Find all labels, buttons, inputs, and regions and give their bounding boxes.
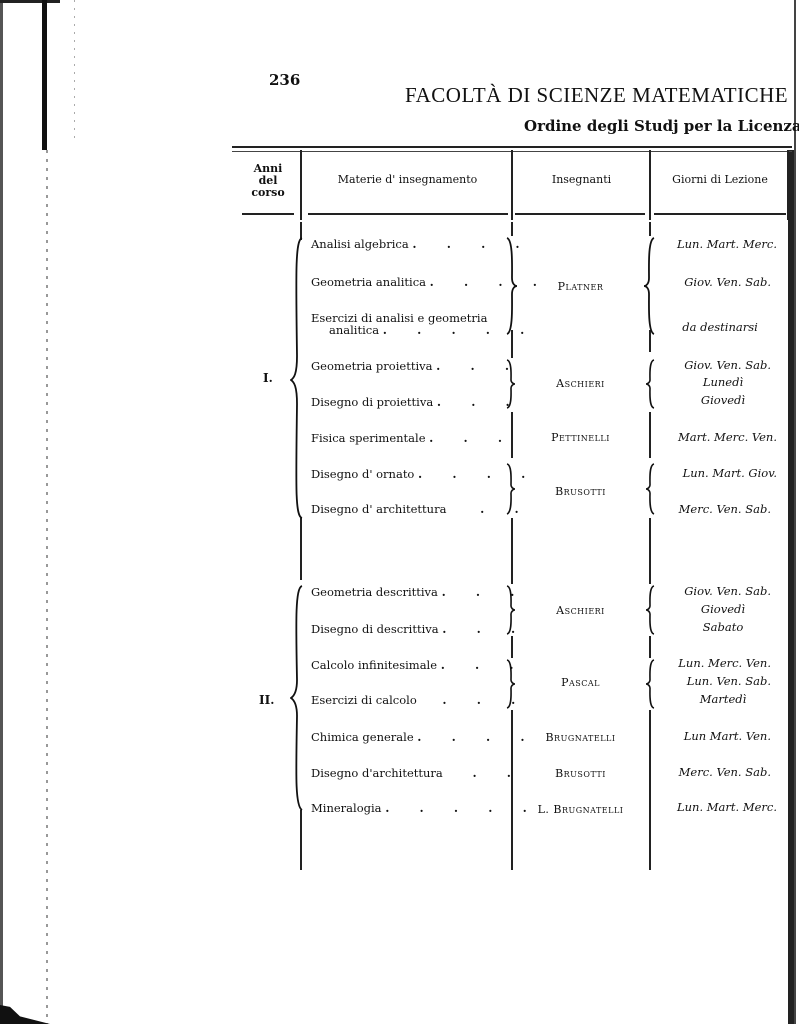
lesson-days: Mart. Merc. Ven. xyxy=(678,430,777,444)
column-divider xyxy=(511,222,513,236)
subject-name: Disegno di descrittiva xyxy=(311,622,439,636)
subject-item: Disegno di descrittiva . . . xyxy=(311,622,528,636)
lesson-days: Sabato xyxy=(656,620,790,634)
teacher-name: Brusotti xyxy=(514,767,647,780)
subject-item: Disegno d' architettura . . xyxy=(311,502,532,516)
lesson-days: Martedì xyxy=(656,692,790,706)
lesson-days: Lun. Ven. Sab. xyxy=(687,674,771,688)
header-insegnanti: Insegnanti xyxy=(515,173,648,186)
subject-name: Analisi algebrica xyxy=(311,237,409,251)
teacher-name: Platner xyxy=(514,280,647,293)
page-fold-shadow xyxy=(42,0,47,150)
column-divider xyxy=(649,412,651,458)
subject-name: Disegno d' architettura xyxy=(311,502,446,516)
teacher-name: Aschieri xyxy=(514,604,647,617)
subject-item: Geometria proiettiva . . . xyxy=(311,359,522,373)
page-edge-shadow xyxy=(0,0,3,1024)
subject-name: Geometria analitica xyxy=(311,275,426,289)
page-subtitle: Ordine degli Studj per la Licenza xyxy=(524,117,799,135)
subject-name: Geometria descrittiva xyxy=(311,585,438,599)
page-fold-shadow xyxy=(46,150,48,1024)
lesson-days: Lun Mart. Ven. xyxy=(684,729,771,743)
page-edge-shadow xyxy=(0,0,60,3)
header-giorni: Giorni di Lezione xyxy=(653,173,787,186)
column-divider xyxy=(300,810,302,870)
header-rule xyxy=(308,213,508,215)
subject-name: Disegno d'architettura xyxy=(311,766,443,780)
page-edge-shadow xyxy=(794,0,796,1024)
column-divider xyxy=(649,222,651,236)
left-brace-icon xyxy=(644,658,656,710)
subject-name: Disegno d' ornato xyxy=(311,467,414,481)
lesson-days: Lunedì xyxy=(656,375,790,389)
page-edge-shadow xyxy=(0,1005,50,1024)
lesson-days: Lun. Mart. Giov. xyxy=(683,466,777,480)
subject-item: Disegno d'architettura . . xyxy=(311,766,524,780)
header-rule xyxy=(242,213,294,215)
teacher-name: Brugnatelli xyxy=(514,731,647,744)
lesson-days: Giov. Ven. Sab. xyxy=(684,358,771,372)
column-divider xyxy=(649,518,651,584)
column-divider xyxy=(300,150,302,220)
header-anni-del-corso: Anni del corso xyxy=(238,163,298,199)
subject-name: Mineralogia xyxy=(311,801,382,815)
subject-name: Chimica generale xyxy=(311,730,414,744)
header-materie: Materie d' insegnamento xyxy=(305,173,510,186)
subject-name: Disegno di proiettiva xyxy=(311,395,433,409)
lesson-days: da destinarsi xyxy=(653,320,787,334)
lesson-days: Merc. Ven. Sab. xyxy=(679,765,771,779)
page-number: 236 xyxy=(269,71,300,89)
subject-item: Geometria descrittiva . . . xyxy=(311,585,527,599)
lesson-days: Lun. Merc. Ven. xyxy=(678,656,771,670)
left-brace-icon xyxy=(644,462,656,516)
subject-name: analitica xyxy=(329,323,379,337)
header-rule xyxy=(654,213,786,215)
teacher-name: Brusotti xyxy=(514,485,647,498)
teacher-name: L. Brugnatelli xyxy=(514,803,647,816)
year-brace-icon xyxy=(290,236,304,520)
teacher-name: Pettinelli xyxy=(514,431,647,444)
leader-dots: . . . xyxy=(429,431,515,445)
teacher-name: Pascal xyxy=(514,676,647,689)
subject-name: Esercizi di calcolo xyxy=(311,693,417,707)
year-label: I. xyxy=(263,371,273,385)
subject-item: Mineralogia . . . . . xyxy=(311,801,540,815)
page-title: FACOLTÀ DI SCIENZE MATEMATICHE xyxy=(405,83,788,108)
column-divider xyxy=(511,636,513,658)
subject-name: Fisica sperimentale xyxy=(311,431,426,445)
column-divider xyxy=(649,710,651,870)
lesson-days: Giov. Ven. Sab. xyxy=(684,275,771,289)
column-divider xyxy=(787,150,789,220)
header-rule xyxy=(515,213,645,215)
column-divider xyxy=(649,150,651,220)
subject-name: Calcolo infinitesimale xyxy=(311,658,437,672)
column-divider xyxy=(511,150,513,220)
lesson-days: Giov. Ven. Sab. xyxy=(684,584,771,598)
column-divider xyxy=(300,518,302,580)
subject-item: Calcolo infinitesimale . . . xyxy=(311,658,527,672)
left-brace-icon xyxy=(644,358,656,410)
lesson-days: Merc. Ven. Sab. xyxy=(679,502,771,516)
subject-item: Analisi algebrica . . . . xyxy=(311,237,533,251)
lesson-days: Giovedì xyxy=(656,602,790,616)
subject-item: Disegno di proiettiva . . . xyxy=(311,395,523,409)
page-fold-shadow xyxy=(74,0,75,140)
subject-item: Esercizi di calcolo . . . xyxy=(311,693,528,707)
leader-dots: . . . . xyxy=(418,467,538,481)
lesson-days: Lun. Mart. Merc. xyxy=(677,237,777,251)
lesson-days: Lun. Mart. Merc. xyxy=(677,800,777,814)
year-brace-icon xyxy=(290,584,304,812)
lesson-days: Giovedì xyxy=(656,393,790,407)
subject-item: Chimica generale . . . . xyxy=(311,730,538,744)
subject-item: Fisica sperimentale . . . xyxy=(311,431,515,445)
teacher-name: Aschieri xyxy=(514,377,647,390)
subject-name: Geometria proiettiva xyxy=(311,359,432,373)
year-label: II. xyxy=(259,693,274,707)
header-anni-line: corso xyxy=(238,187,298,199)
left-brace-icon xyxy=(644,584,656,636)
column-divider xyxy=(511,518,513,584)
column-divider xyxy=(649,636,651,658)
